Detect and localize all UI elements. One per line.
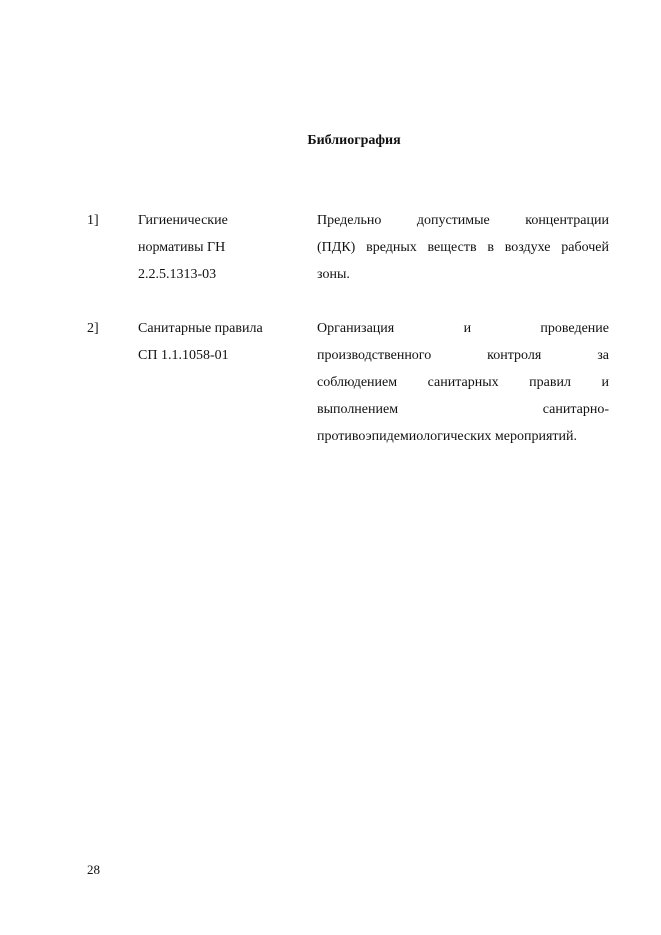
page-title: Библиография	[0, 133, 661, 149]
source-line: 2.2.5.1313-03	[138, 261, 303, 288]
entry-number: 2]	[87, 315, 99, 342]
description-line: Предельно допустимые концентрации	[317, 207, 609, 234]
description-line: зоны.	[317, 261, 609, 288]
source-line: Санитарные правила	[138, 315, 303, 342]
entry-number: 1]	[87, 207, 99, 234]
entry-source: Санитарные правила СП 1.1.1058-01	[138, 315, 303, 369]
source-line: СП 1.1.1058-01	[138, 342, 303, 369]
description-line: соблюдением санитарных правил и	[317, 369, 609, 396]
entry-description: Предельно допустимые концентрации (ПДК) …	[317, 207, 609, 288]
source-line: нормативы ГН	[138, 234, 303, 261]
description-line: противоэпидемиологических мероприятий.	[317, 423, 609, 450]
page-number: 28	[87, 862, 100, 878]
description-line: производственного контроля за	[317, 342, 609, 369]
description-line: (ПДК) вредных веществ в воздухе рабочей	[317, 234, 609, 261]
entry-source: Гигиенические нормативы ГН 2.2.5.1313-03	[138, 207, 303, 288]
source-line: Гигиенические	[138, 207, 303, 234]
description-line: Организация и проведение	[317, 315, 609, 342]
entry-description: Организация и проведение производственно…	[317, 315, 609, 450]
description-line: выполнением санитарно-	[317, 396, 609, 423]
